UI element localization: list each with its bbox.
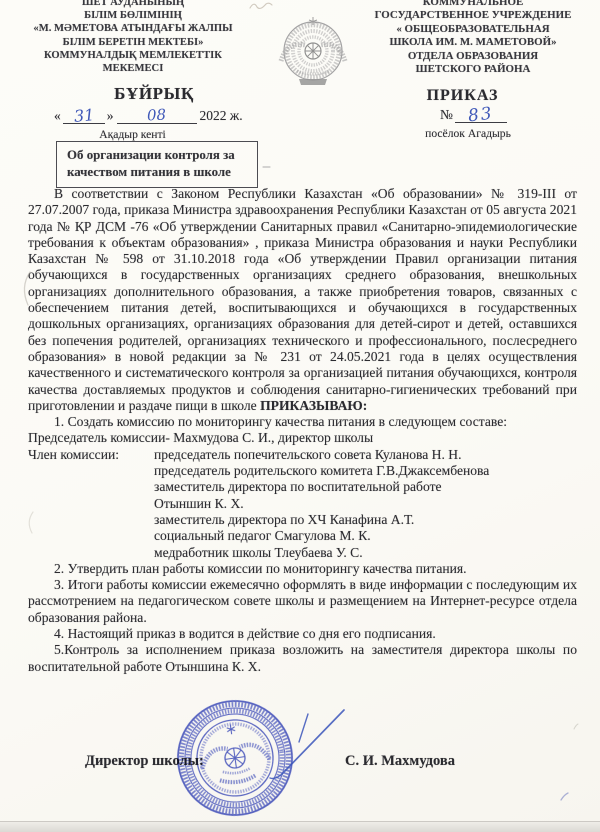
order-number-slot: 83 [455, 105, 507, 123]
item-4: 4. Настоящий приказ в водится в действие… [28, 626, 577, 642]
org-ru-line: ШЕТСКОГО РАЙОНА [352, 63, 594, 76]
item-2: 2. Утвердить план работы комиссии по мон… [28, 561, 577, 577]
intro-text: В соответствии с Законом Республики Каза… [28, 186, 577, 413]
subject-line: Об организации контроля за [67, 147, 249, 164]
member-line: социальный педагог Смагулова М. К. [154, 528, 577, 544]
date-year: 2022 ж. [200, 108, 243, 123]
order-body: В соответствии с Законом Республики Каза… [28, 186, 577, 675]
org-ru-line: ГОСУДАРСТВЕННОЕ УЧРЕЖДЕНИЕ [352, 9, 594, 22]
intro-paragraph: В соответствии с Законом Республики Каза… [28, 186, 577, 414]
member-label: Член комиссии: [28, 447, 154, 561]
open-quote: « [54, 108, 61, 123]
commission-members: Член комиссии: председатель попечительск… [28, 447, 577, 561]
scanned-order-document: ШЕТ АУДАНЫНЫҢ БІЛІМ БӨЛІМІНІҢ «М. МӘМЕТО… [0, 0, 600, 832]
organization-name-russian: КОММУНАЛЬНОЕ ГОСУДАРСТВЕННОЕ УЧРЕЖДЕНИЕ … [352, 0, 594, 76]
handwritten-month: 08 [146, 106, 166, 125]
signature-name: С. И. Махмудова [345, 753, 455, 770]
commission-chair-line: Председатель комиссии- Махмудова С. И., … [28, 430, 577, 446]
place-russian: посёлок Агадырь [378, 127, 558, 140]
item-1: 1. Создать комиссию по мониторингу качес… [28, 414, 577, 430]
member-line: председатель попечительского совета Кула… [154, 447, 577, 463]
item-5: 5.Контроль за исполнением приказа возлож… [28, 642, 577, 675]
decree-word: ПРИКАЗЫВАЮ: [260, 398, 367, 413]
org-ru-line: ОТДЕЛА ОБРАЗОВАНИЯ [352, 50, 594, 63]
org-kk-line: ШЕТ АУДАНЫНЫҢ [6, 0, 260, 9]
member-line: медработник школы Тлеубаева У. С. [154, 545, 577, 561]
org-kk-line: КОММУНАЛДЫҚ МЕМЛЕКЕТТІК [6, 49, 260, 62]
org-ru-line: КОММУНАЛЬНОЕ [352, 0, 594, 9]
org-ru-line: « ОБЩЕОБРАЗОВАТЕЛЬНАЯ [352, 23, 594, 36]
org-kk-line: БІЛІМ БЕРЕТІН МЕКТЕБІ» [6, 36, 260, 49]
member-line: Отыншин К. Х. [154, 496, 577, 512]
close-quote: » [107, 108, 114, 123]
member-line: заместитель директора по ХЧ Канафина А.Т… [154, 512, 577, 528]
organization-name-kazakh: ШЕТ АУДАНЫНЫҢ БІЛІМ БӨЛІМІНІҢ «М. МӘМЕТО… [6, 0, 260, 75]
order-number-line: №83 [440, 105, 507, 123]
member-list: председатель попечительского совета Кула… [154, 447, 577, 561]
place-kazakh: Ақадыр кенті [50, 128, 215, 141]
org-kk-line: МЕКЕМЕСІ [6, 62, 260, 75]
director-signature [268, 696, 360, 788]
subject-box: Об организации контроля за качеством пит… [56, 141, 258, 188]
subject-line: качеством питания в школе [67, 164, 249, 181]
org-kk-line: «М. МӘМЕТОВА АТЫНДАҒЫ ЖАЛПЫ [6, 22, 260, 35]
page-bottom-edge [0, 821, 600, 832]
date-day-slot: 31 [63, 106, 105, 124]
member-line: заместитель директора по воспитательной … [154, 479, 577, 495]
order-title-kazakh: БҰЙРЫҚ [10, 84, 298, 104]
handwritten-order-number: 83 [467, 104, 495, 127]
date-month-slot: 08 [117, 106, 197, 124]
order-title-russian: ПРИКАЗ [370, 87, 555, 105]
kazakhstan-coat-of-arms-icon [277, 13, 349, 93]
org-kk-line: БІЛІМ БӨЛІМІНІҢ [6, 9, 260, 22]
order-date-line: «31»082022 ж. [54, 106, 243, 124]
org-ru-line: ШКОЛА ИМ. М. МАМЕТОВОЙ» [352, 36, 594, 49]
item-3: 3. Итоги работы комиссии ежемесячно офор… [28, 577, 577, 626]
member-line: председатель родительского комитета Г.В.… [154, 463, 577, 479]
number-sign: № [440, 107, 453, 122]
handwritten-day: 31 [73, 105, 95, 126]
